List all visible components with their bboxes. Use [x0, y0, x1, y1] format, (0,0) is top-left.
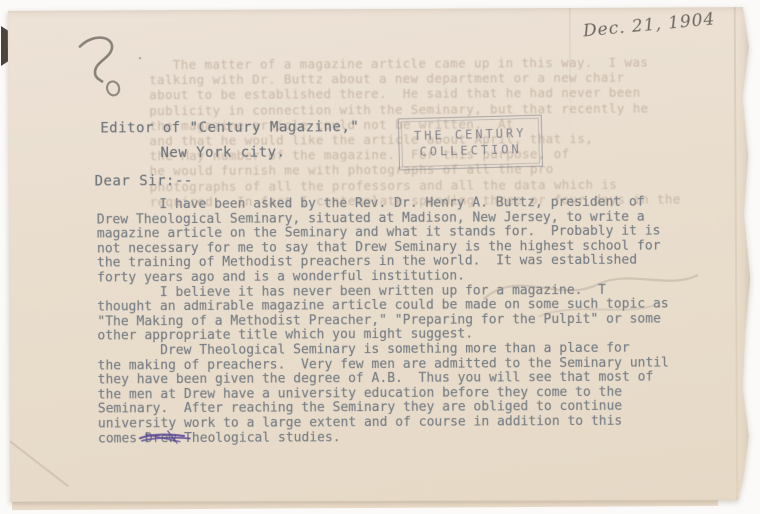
- scan-background: The matter of a magazine article came up…: [0, 0, 760, 514]
- letter-paper-wrap: The matter of a magazine article came up…: [8, 7, 752, 504]
- stamp-line2: COLLECTION: [419, 142, 522, 159]
- paper-crease-corner: [9, 440, 69, 487]
- handwritten-date: Dec. 21, 1904: [582, 8, 733, 42]
- century-collection-stamp: THE CENTURY COLLECTION: [398, 115, 543, 171]
- salutation: Dear Sir:--: [95, 173, 193, 190]
- faint-pencil-ghost-icon: [479, 257, 704, 323]
- pencil-squiggle-icon: [68, 30, 146, 110]
- recipient-line1: Editor of "Century Magazine,": [100, 119, 359, 136]
- letter-paper: The matter of a magazine article came up…: [8, 7, 752, 504]
- recipient-line2: New York city.: [160, 144, 285, 161]
- paper-crease: [569, 8, 572, 143]
- stamp-line1: THE CENTURY: [414, 126, 527, 143]
- ink-strikethrough-icon: [138, 428, 200, 448]
